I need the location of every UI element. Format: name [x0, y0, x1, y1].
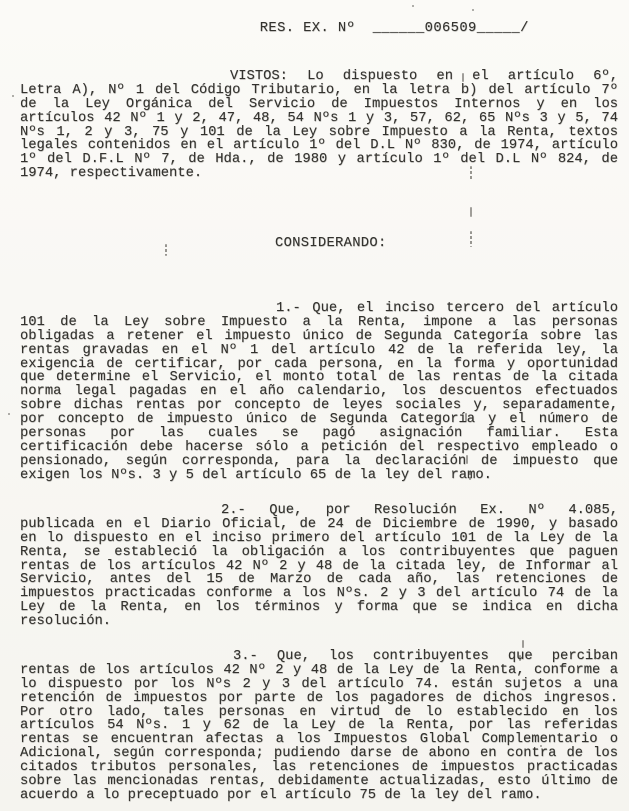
scan-fold-mark	[519, 655, 521, 661]
document-line: 1.- Que, el inciso tercero del artículo	[20, 302, 618, 316]
scan-fold-mark	[470, 231, 472, 247]
scan-fold-mark	[470, 207, 472, 217]
document-line: retención de impuestos por parte de los …	[20, 692, 618, 706]
scan-fold-mark	[469, 472, 471, 480]
document-line: personas por las cuales se pagó asignaci…	[20, 427, 618, 441]
document-line: VISTOS: Lo dispuesto en el artículo 6º,	[20, 70, 618, 84]
vistos-paragraph: VISTOS: Lo dispuesto en el artículo 6º,L…	[20, 70, 618, 181]
scan-fold-mark	[462, 73, 464, 82]
scan-fold-mark	[466, 455, 468, 464]
considerando-paragraph-3: 3.- Que, los contribuyentes que perciban…	[20, 650, 618, 803]
document-line: rentas de los artículos 42 Nº 2 y 48 de …	[20, 664, 618, 678]
scan-speck	[472, 9, 474, 11]
header-spacer	[355, 21, 372, 36]
scanned-document-page: RES. EX. Nº ______006509_____/ VISTOS: L…	[0, 0, 629, 811]
scan-speck	[8, 413, 10, 415]
document-line: 3.- Que, los contribuyentes que perciban	[20, 650, 618, 664]
scan-fold-mark	[470, 166, 472, 180]
scan-fold-mark	[522, 640, 524, 648]
document-line: lo dispuesto por los Nºs 2 y 3 del artíc…	[20, 678, 618, 692]
resolution-label: RES. EX. Nº	[260, 21, 355, 36]
scan-speck	[412, 5, 414, 7]
considerando-paragraph-2: 2.- Que, por Resolución Ex. Nº 4.085,pub…	[20, 504, 618, 629]
document-line: pensionado, según corresponda, para la d…	[20, 455, 618, 469]
document-line: 1974, respectivamente.	[20, 167, 618, 181]
document-line: Renta, se estableció la obligación a los…	[20, 546, 618, 560]
document-line: publicada en el Diario Oficial, de 24 de…	[20, 518, 618, 532]
document-line: rentas gravadas en el Nº 1 del artículo …	[20, 344, 618, 358]
document-line: 101 de la Ley sobre Impuesto a la Renta,…	[20, 316, 618, 330]
document-line: artículos 42 Nº 1 y 2, 47, 48, 54 Nºs 1 …	[20, 112, 618, 126]
document-line: de la Ley Orgánica del Servicio de Impue…	[20, 98, 618, 112]
scan-speck	[540, 745, 542, 747]
document-line: acuerdo a lo preceptuado por el artículo…	[20, 789, 618, 803]
resolution-header: RES. EX. Nº ______006509_____/	[225, 8, 529, 50]
document-line: exigen los Nºs. 3 y 5 del artículo 65 de…	[20, 469, 618, 483]
document-line: obligadas a retener el impuesto único de…	[20, 330, 618, 344]
document-line: sobre las mencionadas rentas, debidament…	[20, 775, 618, 789]
document-line: en lo dispuesto en el inciso primero del…	[20, 532, 618, 546]
document-line: por concepto de impuesto único de Segund…	[20, 413, 618, 427]
scan-fold-mark	[165, 244, 167, 256]
resolution-number: ______006509_____/	[373, 21, 529, 36]
document-line: citados tributos personales, las retenci…	[20, 761, 618, 775]
document-line: resolución.	[20, 615, 618, 629]
document-line: Letra A), Nº 1 del Código Tributario, en…	[20, 84, 618, 98]
document-line: certificación debe hacerse sólo a petici…	[20, 441, 618, 455]
considerando-heading: CONSIDERANDO:	[275, 237, 387, 251]
document-line: 2.- Que, por Resolución Ex. Nº 4.085,	[20, 504, 618, 518]
considerando-paragraph-1: 1.- Que, el inciso tercero del artículo1…	[20, 302, 618, 483]
scan-speck	[12, 95, 14, 97]
scan-fold-mark	[465, 413, 467, 422]
